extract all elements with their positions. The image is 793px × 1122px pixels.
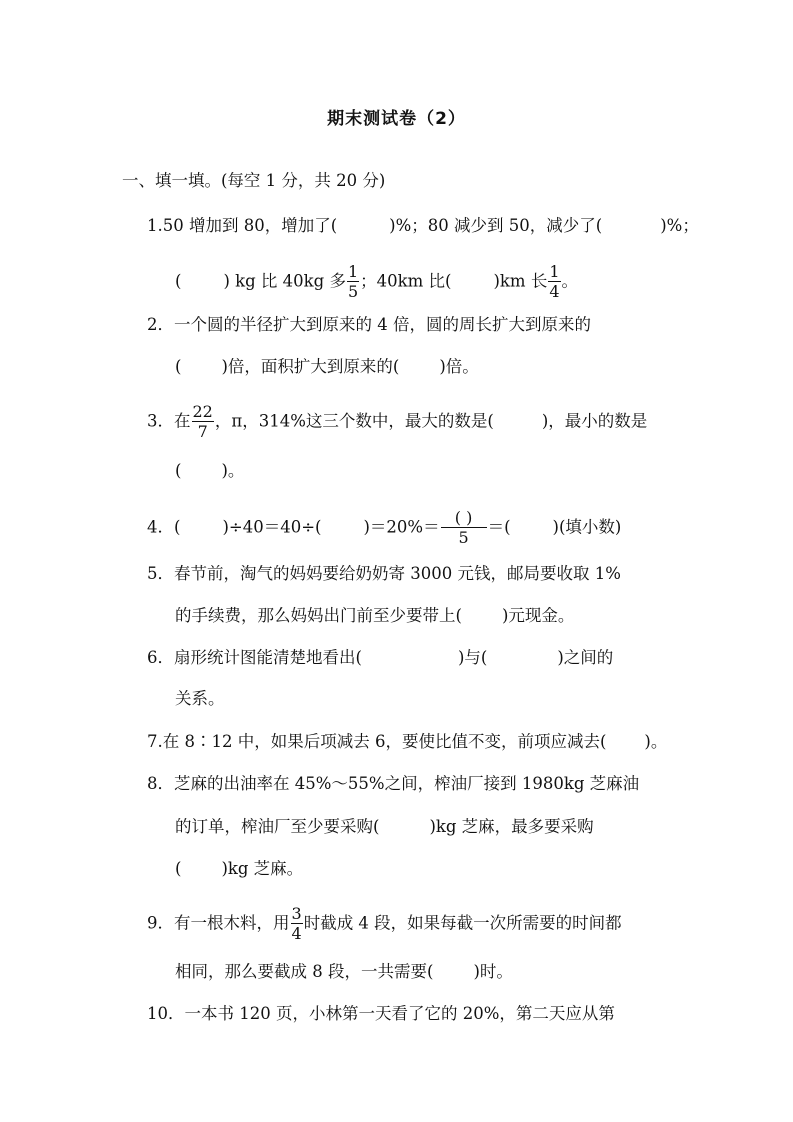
text: ( <box>175 859 181 878</box>
question-6-line-1: 6．扇形统计图能清楚地看出()与()之间的 <box>147 647 613 669</box>
text: ( <box>175 461 181 480</box>
text: 1.50 增加到 80，增加了( <box>147 216 337 235</box>
text: )。 <box>644 732 667 751</box>
question-8-line-3: ()kg 芝麻。 <box>175 858 303 880</box>
numerator: 3 <box>291 906 303 924</box>
question-3-line-1: 3．在227，π，314%这三个数中，最大的数是()，最小的数是 <box>147 404 647 440</box>
question-4-line-1: 4．()÷40＝40÷()＝20%＝( )5＝()(填小数) <box>147 510 621 546</box>
text: )%； <box>660 216 699 235</box>
text: ＝( <box>488 518 511 537</box>
question-5-line-1: 5．春节前，淘气的妈妈要给奶奶寄 3000 元钱，邮局要收取 1% <box>147 563 621 585</box>
question-6-line-2: 关系。 <box>175 688 225 710</box>
text: 6．扇形统计图能清楚地看出( <box>147 648 362 667</box>
text: )倍。 <box>439 357 478 376</box>
text: )(填小数) <box>553 518 622 537</box>
denominator: 5 <box>441 528 487 546</box>
numerator: 1 <box>347 264 359 282</box>
text: 7.在 8∶12 中，如果后项减去 6，要使比值不变，前项应减去( <box>147 732 606 751</box>
denominator: 4 <box>548 282 560 300</box>
denominator: 5 <box>347 282 359 300</box>
text: )kg 芝麻，最多要采购 <box>429 817 593 836</box>
text: )。 <box>221 461 244 480</box>
text: 3．在 <box>147 412 191 431</box>
denominator: 4 <box>291 924 303 942</box>
text: )%；80 减少到 50，减少了( <box>389 216 602 235</box>
question-8-line-2: 的订单，榨油厂至少要采购()kg 芝麻，最多要采购 <box>175 816 594 838</box>
question-2-line-2: ()倍，面积扩大到原来的()倍。 <box>175 356 479 378</box>
fraction: 227 <box>192 404 214 440</box>
text: )之间的 <box>557 648 613 667</box>
text: ，π，314%这三个数中，最大的数是( <box>215 412 494 431</box>
question-7-line-1: 7.在 8∶12 中，如果后项减去 6，要使比值不变，前项应减去()。 <box>147 731 667 753</box>
text: 的手续费，那么妈妈出门前至少要带上( <box>175 606 462 625</box>
text: )元现金。 <box>502 606 574 625</box>
question-1-line-1: 1.50 增加到 80，增加了()%；80 减少到 50，减少了()%； <box>147 215 699 237</box>
text: )kg 芝麻。 <box>221 859 303 878</box>
text: )÷40＝40÷( <box>222 518 321 537</box>
text: 9．有一根木料，用 <box>147 914 290 933</box>
text: 5．春节前，淘气的妈妈要给奶奶寄 3000 元钱，邮局要收取 1% <box>147 564 621 583</box>
text: 的订单，榨油厂至少要采购( <box>175 817 379 836</box>
question-3-line-2: ()。 <box>175 460 244 482</box>
page-title: 期末测试卷（2） <box>0 104 793 129</box>
fraction: 15 <box>347 264 359 300</box>
text: 10．一本书 120 页，小林第一天看了它的 20%，第二天应从第 <box>147 1004 615 1023</box>
fraction: ( )5 <box>441 510 487 546</box>
text: 相同，那么要截成 8 段，一共需要( <box>175 962 433 981</box>
numerator: 1 <box>548 264 560 282</box>
text: 2．一个圆的半径扩大到原来的 4 倍，圆的周长扩大到原来的 <box>147 315 591 334</box>
denominator: 7 <box>192 422 214 440</box>
text: )km 长 <box>494 272 548 291</box>
text: ) kg 比 40kg 多 <box>223 272 346 291</box>
text: )与( <box>458 648 487 667</box>
text: )＝20%＝ <box>363 518 439 537</box>
text: )倍，面积扩大到原来的( <box>221 357 399 376</box>
section-heading: 一、填一填。(每空 1 分，共 20 分) <box>122 170 385 192</box>
question-1-line-2: () kg 比 40kg 多15；40km 比()km 长14。 <box>175 264 578 300</box>
text: 4．( <box>147 518 180 537</box>
text: )时。 <box>473 962 512 981</box>
text: ( <box>175 272 181 291</box>
numerator: 22 <box>192 404 214 422</box>
question-9-line-1: 9．有一根木料，用34时截成 4 段，如果每截一次所需要的时间都 <box>147 906 622 942</box>
text: 8．芝麻的出油率在 45%～55%之间，榨油厂接到 1980kg 芝麻油 <box>147 774 639 793</box>
fraction: 34 <box>291 906 303 942</box>
numerator-blank[interactable]: ( ) <box>441 510 487 528</box>
question-5-line-2: 的手续费，那么妈妈出门前至少要带上()元现金。 <box>175 605 574 627</box>
fraction: 14 <box>548 264 560 300</box>
question-8-line-1: 8．芝麻的出油率在 45%～55%之间，榨油厂接到 1980kg 芝麻油 <box>147 773 639 795</box>
question-2-line-1: 2．一个圆的半径扩大到原来的 4 倍，圆的周长扩大到原来的 <box>147 314 591 336</box>
text: ( <box>175 357 181 376</box>
text: 关系。 <box>175 689 225 708</box>
text: 。 <box>562 272 579 291</box>
question-9-line-2: 相同，那么要截成 8 段，一共需要()时。 <box>175 961 513 983</box>
text: 时截成 4 段，如果每截一次所需要的时间都 <box>304 914 622 933</box>
text: )，最小的数是 <box>542 412 647 431</box>
text: ；40km 比( <box>360 272 451 291</box>
question-10-line-1: 10．一本书 120 页，小林第一天看了它的 20%，第二天应从第 <box>147 1003 615 1025</box>
